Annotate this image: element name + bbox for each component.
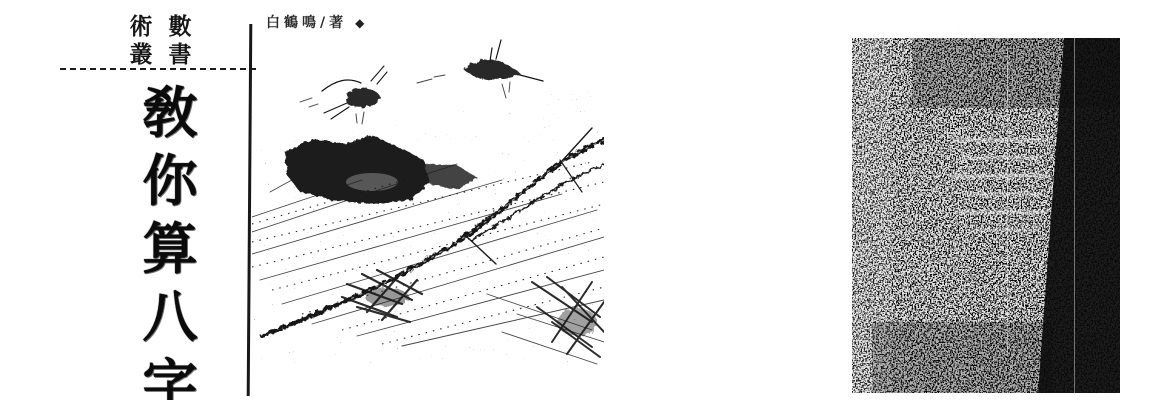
book-title-vertical: 敎 你 算 八 字 <box>128 80 212 400</box>
author-credit: 白鶴鳴/著◆ <box>266 12 364 32</box>
series-char: 術 <box>126 13 156 40</box>
title-char: 敎 <box>128 80 212 148</box>
title-char: 算 <box>128 216 212 284</box>
title-char: 字 <box>128 352 212 400</box>
ink-painting <box>252 32 604 372</box>
bird-icon <box>417 40 543 98</box>
book-cover-scan: { "colors": { "ink": "#141414", "paper":… <box>0 0 1165 413</box>
series-char: 書 <box>165 41 195 68</box>
dark-photo-panel <box>852 22 1120 393</box>
series-label: 術 數 叢 書 <box>126 13 195 68</box>
series-char: 數 <box>165 13 195 40</box>
bird-icon <box>300 66 387 124</box>
author-credit-text: 白鶴鳴/著 <box>266 15 347 31</box>
title-char: 你 <box>128 148 212 216</box>
publisher-logo-icon: ◆ <box>355 16 364 30</box>
series-char: 叢 <box>126 41 156 68</box>
title-char: 八 <box>128 284 212 352</box>
dashed-divider <box>60 68 256 70</box>
